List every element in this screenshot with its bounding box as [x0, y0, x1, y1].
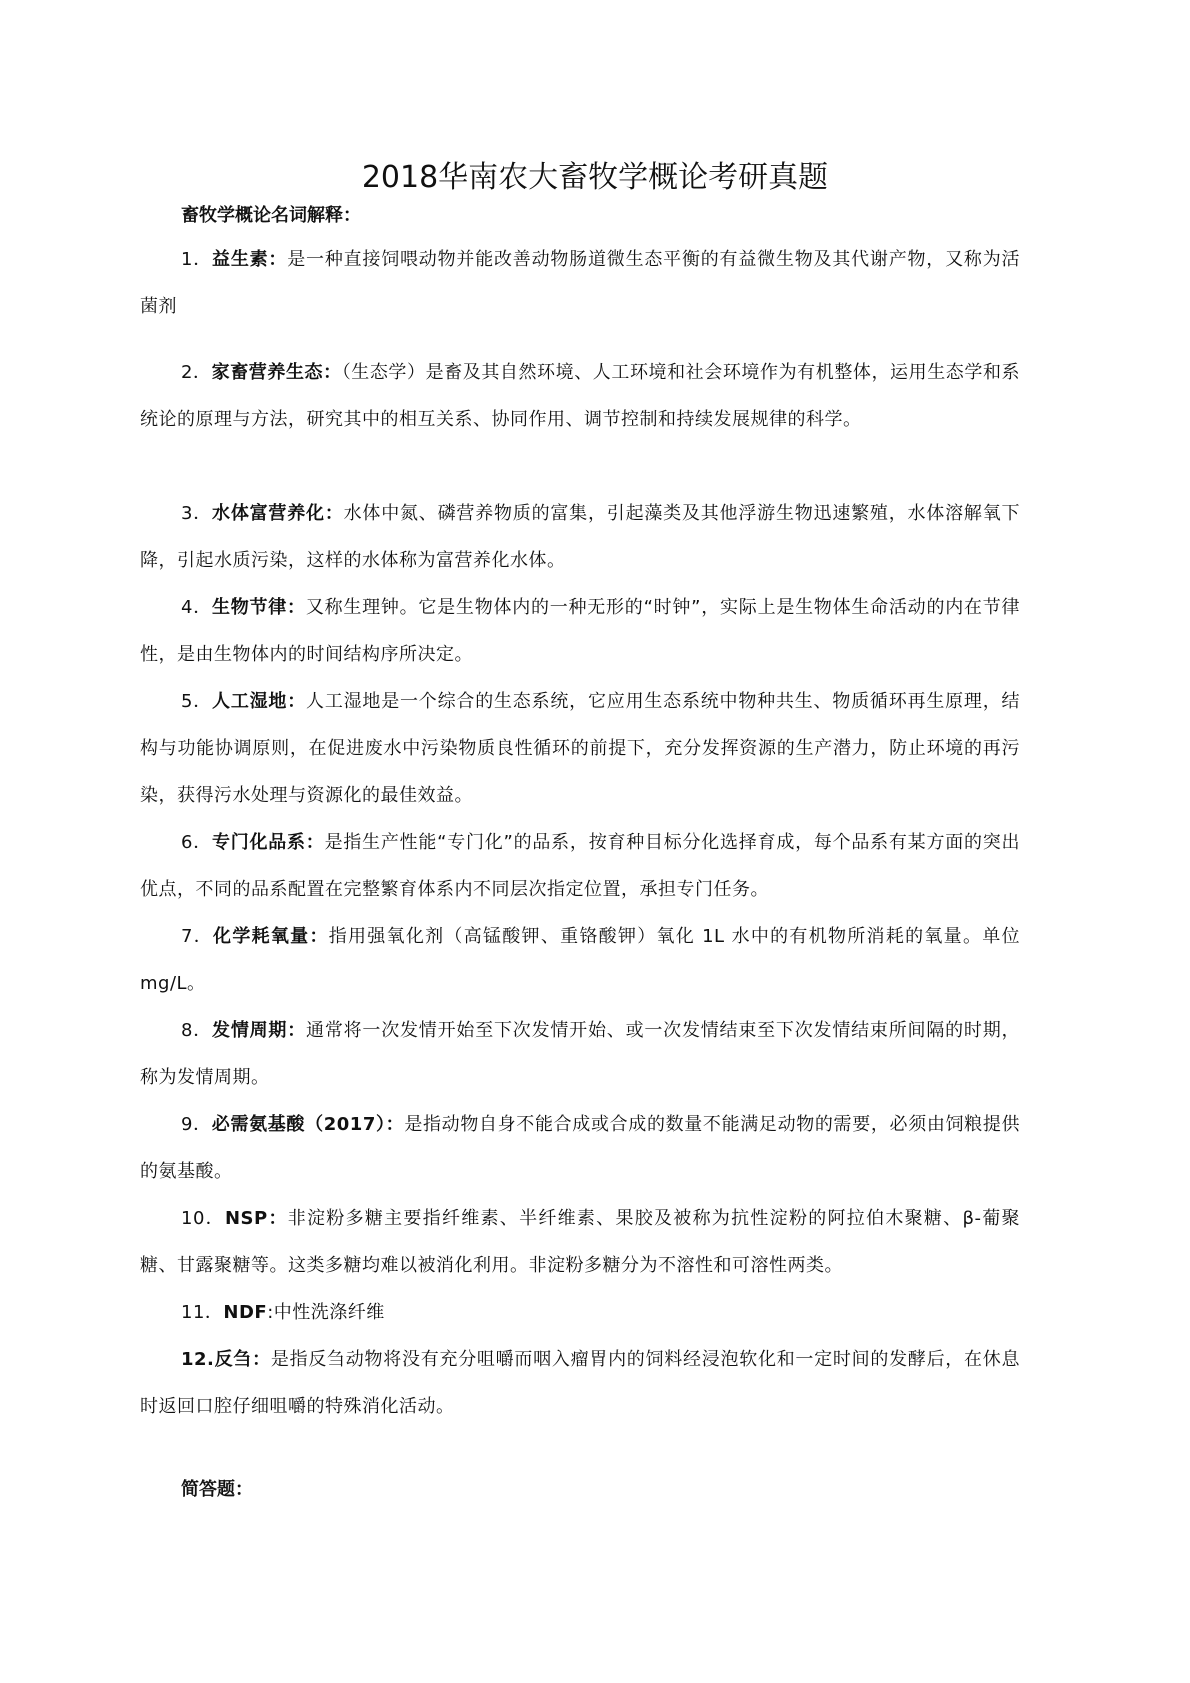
entry-number: 8． — [181, 1020, 212, 1041]
definition-entry-3: 3．水体富营养化：水体中氮、磷营养物质的富集，引起藻类及其他浮游生物迅速繁殖，水… — [140, 490, 1020, 584]
definition-entry-10: 10．NSP：非淀粉多糖主要指纤维素、半纤维素、果胶及被称为抗性淀粉的阿拉伯木聚… — [140, 1195, 1020, 1289]
entry-term: 专门化品系： — [212, 832, 325, 853]
entry-term: 必需氨基酸（2017）： — [212, 1114, 405, 1135]
entry-term: 化学耗氧量： — [213, 926, 329, 947]
entry-term: 人工湿地： — [212, 691, 306, 712]
definition-entry-2: 2．家畜营养生态：（生态学）是畜及其自然环境、人工环境和社会环境作为有机整体，运… — [140, 349, 1020, 443]
definition-entry-12: 12.反刍：是指反刍动物将没有充分咀嚼而咽入瘤胃内的饲料经浸泡软化和一定时间的发… — [140, 1336, 1020, 1430]
entry-number: 3． — [181, 503, 212, 524]
section-heading-definitions: 畜牧学概论名词解释： — [181, 204, 361, 228]
entry-number: 9． — [181, 1114, 212, 1135]
definition-entry-6: 6．专门化品系：是指生产性能“专门化”的品系，按育种目标分化选择育成，每个品系有… — [140, 819, 1020, 913]
entry-term: 生物节律： — [212, 597, 306, 618]
entry-number: 11． — [181, 1302, 223, 1323]
definition-entry-4: 4．生物节律：又称生理钟。它是生物体内的一种无形的“时钟”，实际上是生物体生命活… — [140, 584, 1020, 678]
entry-number: 12. — [181, 1349, 214, 1370]
entry-number: 1． — [181, 249, 212, 270]
entry-number: 6． — [181, 832, 212, 853]
section-heading-short-answer: 简答题： — [181, 1478, 253, 1502]
entry-definition: 是指反刍动物将没有充分咀嚼而咽入瘤胃内的饲料经浸泡软化和一定时间的发酵后，在休息… — [140, 1349, 1020, 1417]
entry-number: 4． — [181, 597, 212, 618]
entry-definition: :中性洗涤纤维 — [267, 1302, 385, 1323]
entry-term: 反刍： — [214, 1349, 270, 1370]
definition-entry-8: 8．发情周期：通常将一次发情开始至下次发情开始、或一次发情结束至下次发情结束所间… — [140, 1007, 1020, 1101]
entry-term: 水体富营养化： — [212, 503, 344, 524]
definition-entry-7: 7．化学耗氧量：指用强氧化剂（高锰酸钾、重铬酸钾）氧化 1L 水中的有机物所消耗… — [140, 913, 1020, 1007]
entry-number: 10． — [181, 1208, 225, 1229]
definition-entry-1: 1．益生素：是一种直接饲喂动物并能改善动物肠道微生态平衡的有益微生物及其代谢产物… — [140, 236, 1020, 330]
definition-entry-11: 11．NDF:中性洗涤纤维 — [140, 1289, 1020, 1336]
entry-number: 5． — [181, 691, 212, 712]
document-title: 2018华南农大畜牧学概论考研真题 — [0, 158, 1190, 198]
definition-entry-9: 9．必需氨基酸（2017）：是指动物自身不能合成或合成的数量不能满足动物的需要，… — [140, 1101, 1020, 1195]
entry-number: 2． — [181, 362, 212, 383]
entry-term: NDF — [223, 1302, 267, 1323]
entry-term: 家畜营养生态： — [212, 362, 342, 383]
entry-number: 7． — [181, 926, 213, 947]
entry-term: 益生素： — [212, 249, 287, 270]
entry-term: NSP： — [225, 1208, 288, 1229]
definition-entry-5: 5．人工湿地：人工湿地是一个综合的生态系统，它应用生态系统中物种共生、物质循环再… — [140, 678, 1020, 819]
entry-term: 发情周期： — [212, 1020, 306, 1041]
document-page: 2018华南农大畜牧学概论考研真题 畜牧学概论名词解释： 1．益生素：是一种直接… — [0, 0, 1190, 1683]
